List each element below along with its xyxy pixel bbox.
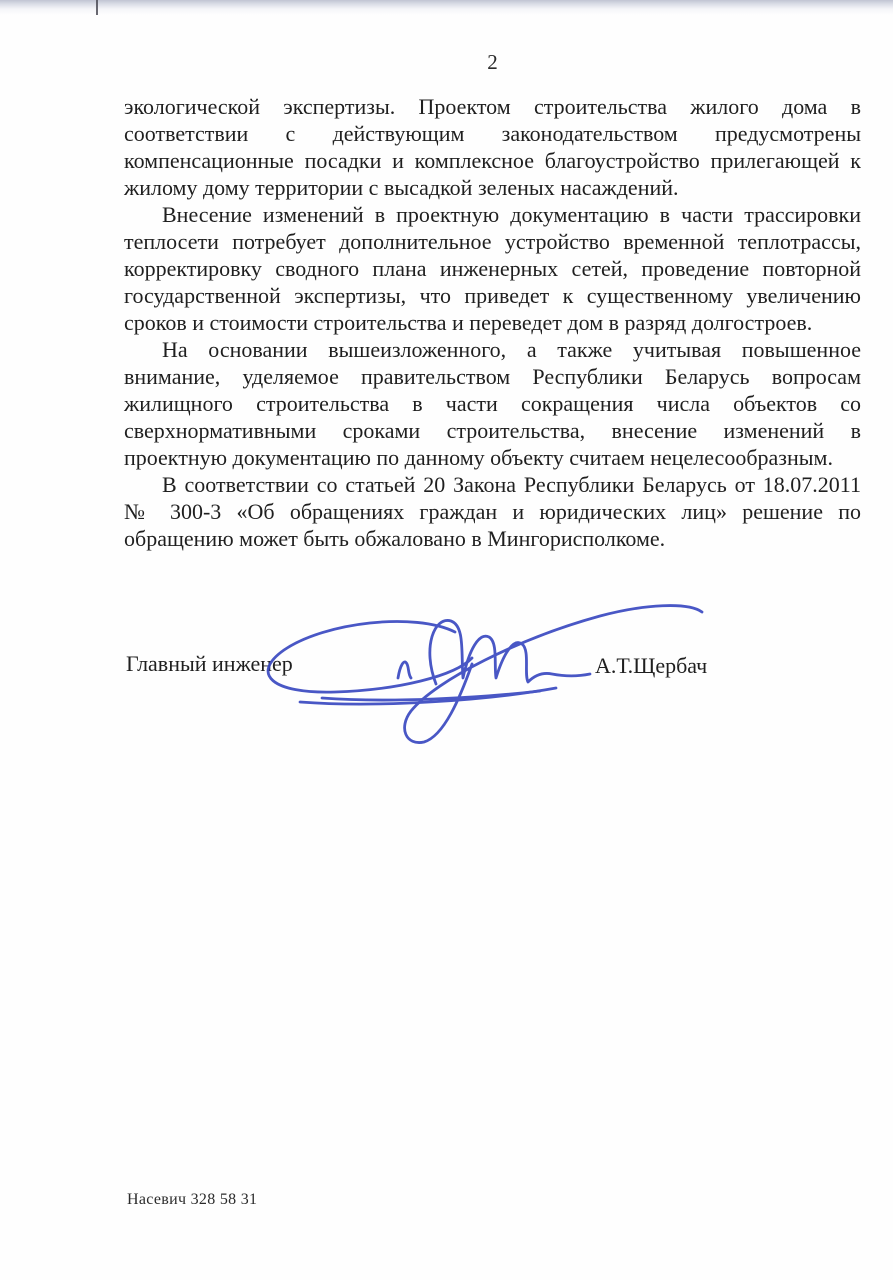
- letter-body: экологической экспертизы. Проектом строи…: [124, 93, 861, 552]
- body-paragraph-4: В соответствии со статьей 20 Закона Респ…: [124, 471, 861, 552]
- body-paragraph-3: На основании вышеизложенного, а также уч…: [124, 336, 861, 471]
- scan-edge-artifact: [0, 0, 893, 16]
- signatory-name: А.Т.Щербач: [595, 652, 707, 679]
- scanned-letter-page: 2 экологической экспертизы. Проектом стр…: [0, 0, 893, 1280]
- scan-line-artifact: [96, 0, 98, 15]
- body-paragraph-1: экологической экспертизы. Проектом строи…: [124, 93, 861, 201]
- body-paragraph-2: Внесение изменений в проектную документа…: [124, 201, 861, 336]
- footer-contact-note: Насевич 328 58 31: [127, 1191, 257, 1209]
- page-number: 2: [124, 50, 861, 75]
- signatory-role-label: Главный инженер: [126, 650, 293, 677]
